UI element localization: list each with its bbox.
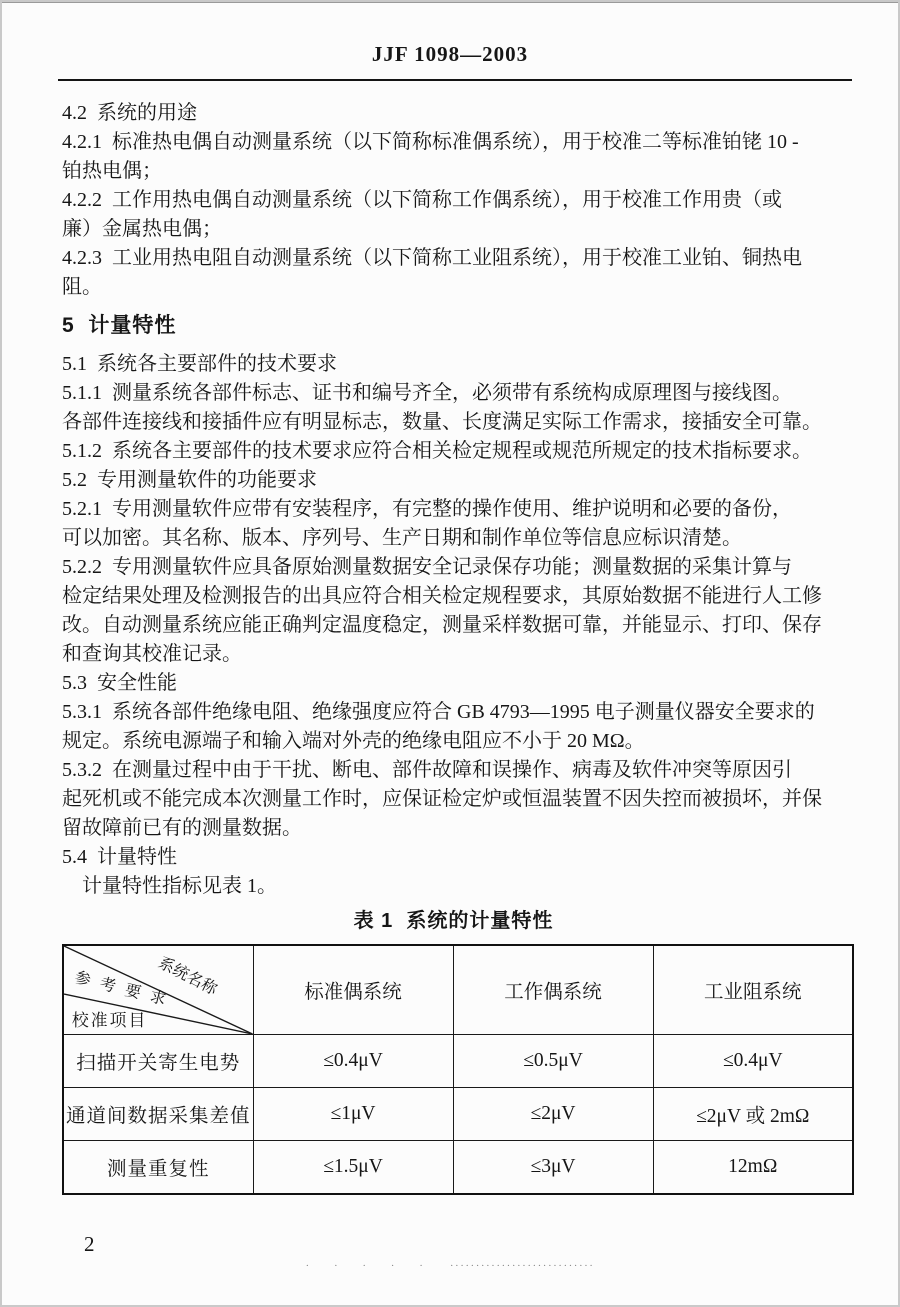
diagonal-corner-graphic: 系统名称 参 考 要 求 校准项目 — [64, 946, 253, 1034]
clause-5-3: 5.3 安全性能 — [62, 669, 845, 698]
value-cell: 12mΩ — [653, 1141, 853, 1195]
table-row-scan-switch-parasitic-emf: 扫描开关寄生电势 ≤0.4μV ≤0.5μV ≤0.4μV — [63, 1035, 853, 1088]
footer-scan-dots: · · · · · ···························· — [0, 1260, 900, 1272]
corner-label-reference-requirement: 参 考 要 求 — [73, 968, 171, 1009]
column-header-industrial-resistance: 工业阻系统 — [653, 945, 853, 1035]
header-title: JJF 1098—2003 — [0, 0, 900, 67]
table-row-interchannel-data-difference: 通道间数据采集差值 ≤1μV ≤2μV ≤2μV 或 2mΩ — [63, 1088, 853, 1141]
clause-5-2-2-line2: 检定结果处理及检测报告的出具应符合相关检定规程要求，其原始数据不能进行人工修 — [62, 582, 845, 611]
clause-5-1-1-line1: 5.1.1 测量系统各部件标志、证书和编号齐全，必须带有系统构成原理图与接线图。 — [62, 379, 845, 408]
header-rule — [58, 79, 852, 81]
clause-4-2-3-line2: 阻。 — [62, 273, 845, 302]
clause-5-1: 5.1 系统各主要部件的技术要求 — [62, 350, 845, 379]
value-cell: ≤1.5μV — [253, 1141, 453, 1195]
clause-5-4: 5.4 计量特性 — [62, 843, 845, 872]
footer-dots-spaced: · · · · · — [306, 1260, 434, 1272]
clause-5-1-2: 5.1.2 系统各主要部件的技术要求应符合相关检定规程或规范所规定的技术指标要求… — [62, 437, 845, 466]
row-label: 扫描开关寄生电势 — [63, 1035, 253, 1088]
document-page: JJF 1098—2003 4.2 系统的用途 4.2.1 标准热电偶自动测量系… — [0, 0, 900, 1307]
column-header-standard-couple: 标准偶系统 — [253, 945, 453, 1035]
row-label: 测量重复性 — [63, 1141, 253, 1195]
clause-5-2-2-line3: 改。自动测量系统应能正确判定温度稳定，测量采样数据可靠，并能显示、打印、保存 — [62, 611, 845, 640]
clause-5-3-1-line2: 规定。系统电源端子和输入端对外壳的绝缘电阻应不小于 20 MΩ。 — [62, 727, 845, 756]
row-label: 通道间数据采集差值 — [63, 1088, 253, 1141]
clause-5-1-1-line2: 各部件连接线和接插件应有明显标志，数量、长度满足实际工作需求，接插安全可靠。 — [62, 408, 845, 437]
section-5-heading: 5 计量特性 — [62, 312, 845, 340]
clause-4-2: 4.2 系统的用途 — [62, 99, 845, 128]
diagonal-corner-cell: 系统名称 参 考 要 求 校准项目 — [63, 945, 253, 1035]
clause-4-2-1-line1: 4.2.1 标准热电偶自动测量系统（以下简称标准偶系统），用于校准二等标准铂铑 … — [62, 128, 845, 157]
clause-5-3-2-line3: 留故障前已有的测量数据。 — [62, 814, 845, 843]
clause-4-2-1-line2: 铂热电偶； — [62, 157, 845, 186]
clause-5-3-1-line1: 5.3.1 系统各部件绝缘电阻、绝缘强度应符合 GB 4793—1995 电子测… — [62, 698, 845, 727]
value-cell: ≤2μV — [453, 1088, 653, 1141]
footer-dots-dense: ···························· — [450, 1260, 595, 1272]
value-cell: ≤0.5μV — [453, 1035, 653, 1088]
value-cell: ≤3μV — [453, 1141, 653, 1195]
value-cell: ≤2μV 或 2mΩ — [653, 1088, 853, 1141]
document-body: 4.2 系统的用途 4.2.1 标准热电偶自动测量系统（以下简称标准偶系统），用… — [62, 99, 845, 936]
clause-5-4-note: 计量特性指标见表 1。 — [62, 872, 845, 901]
clause-5-3-2-line1: 5.3.2 在测量过程中由于干扰、断电、部件故障和误操作、病毒及软件冲突等原因引 — [62, 756, 845, 785]
clause-4-2-2-line2: 廉）金属热电偶； — [62, 215, 845, 244]
clause-4-2-2-line1: 4.2.2 工作用热电偶自动测量系统（以下简称工作偶系统），用于校准工作用贵（或 — [62, 186, 845, 215]
value-cell: ≤0.4μV — [653, 1035, 853, 1088]
value-cell: ≤1μV — [253, 1088, 453, 1141]
clause-5-2-2-line4: 和查询其校准记录。 — [62, 640, 845, 669]
value-cell: ≤0.4μV — [253, 1035, 453, 1088]
clause-5-2: 5.2 专用测量软件的功能要求 — [62, 466, 845, 495]
clause-5-3-2-line2: 起死机或不能完成本次测量工作时，应保证检定炉或恒温装置不因失控而被损坏，并保 — [62, 785, 845, 814]
page-number: 2 — [84, 1232, 95, 1257]
clause-5-2-1-line2: 可以加密。其名称、版本、序列号、生产日期和制作单位等信息应标识清楚。 — [62, 524, 845, 553]
clause-4-2-3-line1: 4.2.3 工业用热电阻自动测量系统（以下简称工业阻系统），用于校准工业铂、铜热… — [62, 244, 845, 273]
table-header-row: 系统名称 参 考 要 求 校准项目 标准偶系统 工作偶系统 工业阻系统 — [63, 945, 853, 1035]
corner-label-calibration-item: 校准项目 — [72, 1011, 147, 1030]
clause-5-2-1-line1: 5.2.1 专用测量软件应带有安装程序，有完整的操作使用、维护说明和必要的备份， — [62, 495, 845, 524]
table1-caption: 表 1 系统的计量特性 — [62, 907, 845, 936]
table1-system-characteristics: 系统名称 参 考 要 求 校准项目 标准偶系统 工作偶系统 工业阻系统 扫描开关… — [62, 944, 854, 1195]
table-row-measurement-repeatability: 测量重复性 ≤1.5μV ≤3μV 12mΩ — [63, 1141, 853, 1195]
column-header-working-couple: 工作偶系统 — [453, 945, 653, 1035]
clause-5-2-2-line1: 5.2.2 专用测量软件应具备原始测量数据安全记录保存功能；测量数据的采集计算与 — [62, 553, 845, 582]
